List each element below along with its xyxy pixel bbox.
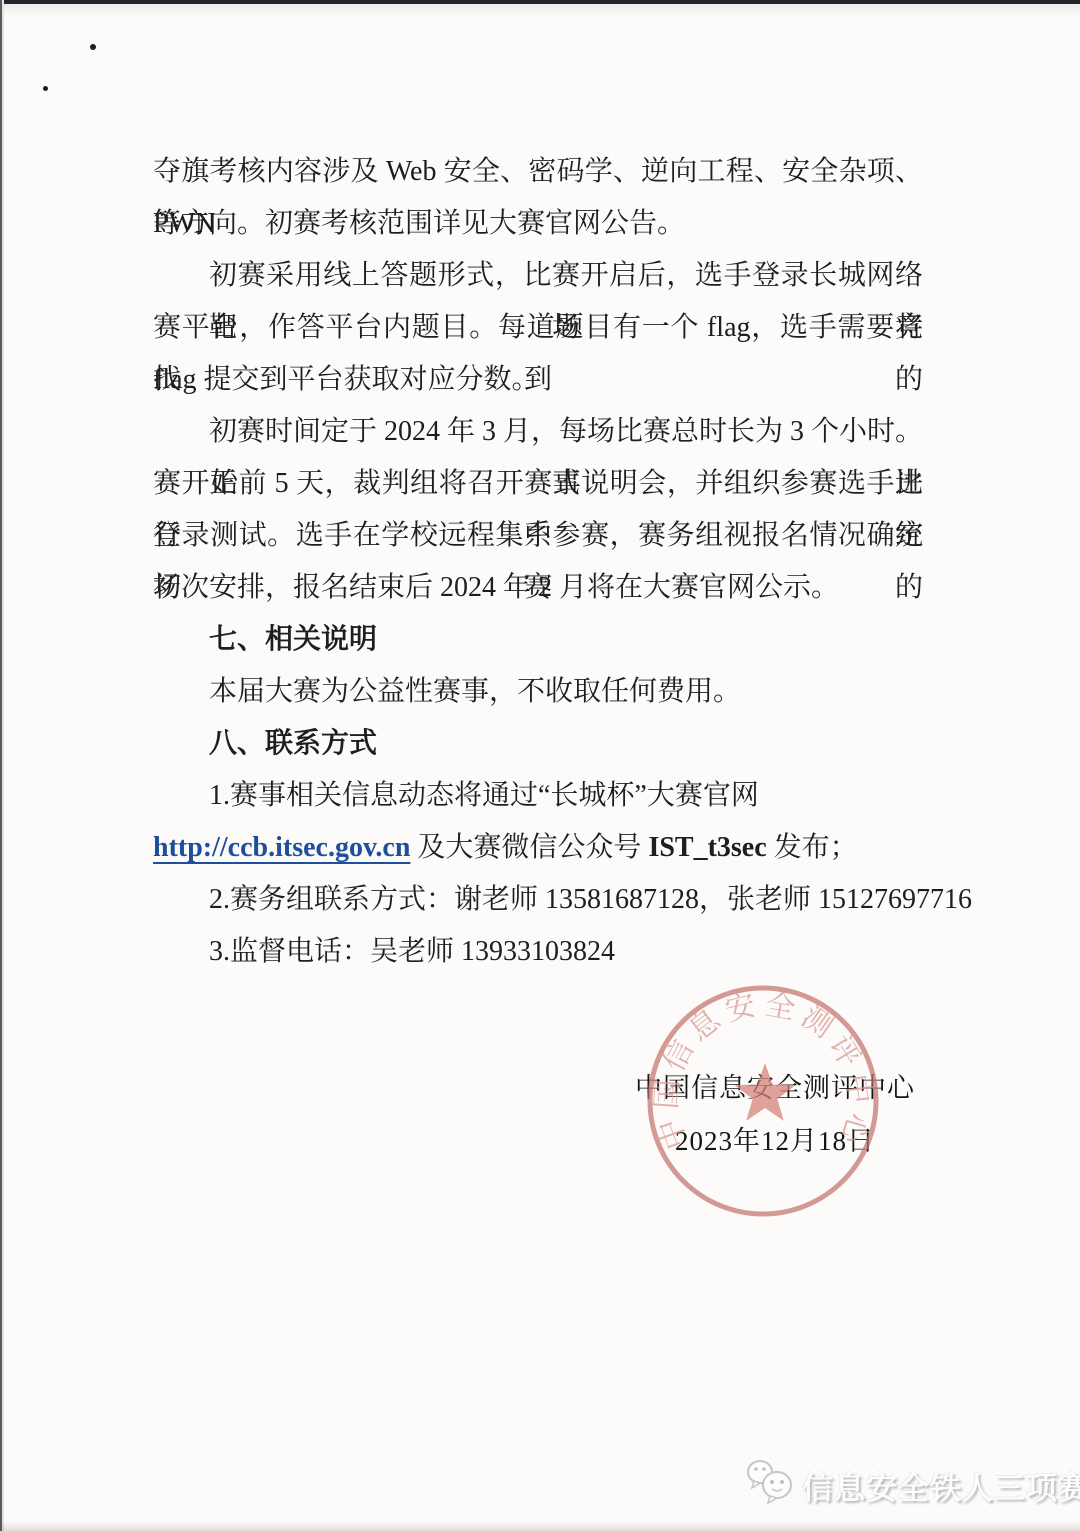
text-segment: 1.赛事相关信息动态将通过“长城杯”大赛官网: [209, 780, 759, 811]
watermark: 信息安全铁人三项赛: [746, 1455, 1066, 1511]
doc-line: 初赛时间定于 2024 年 3 月，每场比赛总时长为 3 个小时。正式比: [153, 406, 923, 458]
scan-shadow: [0, 4, 1080, 16]
doc-line: 2.赛务组联系方式：谢老师 13581687128，张老师 1512769771…: [153, 874, 923, 926]
ink-speck: [43, 86, 48, 91]
text-segment: 七、相关说明: [209, 624, 377, 655]
doc-body: 夺旗考核内容涉及 Web 安全、密码学、逆向工程、安全杂项、PWN等方向。初赛考…: [153, 146, 923, 978]
doc-line: http://ccb.itsec.gov.cn 及大赛微信公众号 IST_t3s…: [153, 822, 923, 874]
scanned-document-page: 夺旗考核内容涉及 Web 安全、密码学、逆向工程、安全杂项、PWN等方向。初赛考…: [0, 0, 1080, 1531]
doc-line: 等方向。初赛考核范围详见大赛官网公告。: [153, 198, 923, 250]
text-segment: IST_t3sec: [648, 832, 766, 863]
text-segment: 等方向。初赛考核范围详见大赛官网公告。: [153, 208, 685, 239]
watermark-text: 信息安全铁人三项赛: [802, 1463, 1080, 1508]
doc-heading: 八、联系方式: [153, 718, 923, 770]
doc-line: 夺旗考核内容涉及 Web 安全、密码学、逆向工程、安全杂项、PWN: [153, 146, 923, 198]
doc-line: 1.赛事相关信息动态将通过“长城杯”大赛官网: [153, 770, 923, 822]
text-segment: 2.赛务组联系方式：谢老师 13581687128，张老师 1512769771…: [209, 884, 972, 915]
doc-line: 赛开始前 5 天，裁判组将召开赛事说明会，并组织参赛选手进行系统: [153, 458, 923, 510]
text-segment: 及大赛微信公众号: [410, 832, 648, 863]
ink-speck: [90, 44, 96, 50]
text-segment: 场次安排，报名结束后 2024 年 2 月将在大赛官网公示。: [153, 572, 839, 603]
doc-line: 赛平台，作答平台内题目。每道题目有一个 flag，选手需要将找到的: [153, 302, 923, 354]
doc-line: 3.监督电话：吴老师 13933103824: [153, 926, 923, 978]
wechat-icon: [746, 1457, 796, 1507]
doc-line: 场次安排，报名结束后 2024 年 2 月将在大赛官网公示。: [153, 562, 923, 614]
text-segment: 八、联系方式: [209, 728, 377, 759]
text-segment: 发布；: [767, 832, 858, 863]
page-left-edge-line: [0, 0, 5, 1531]
doc-line: 本届大赛为公益性赛事，不收取任何费用。: [153, 666, 923, 718]
page-bottom-edge-shadow: [0, 1521, 1080, 1531]
doc-line: 初赛采用线上答题形式，比赛开启后，选手登录长城网络靶场竞: [153, 250, 923, 302]
seal-star: [735, 1063, 796, 1121]
text-segment: 3.监督电话：吴老师 13933103824: [209, 936, 615, 967]
text-segment: 本届大赛为公益性赛事，不收取任何费用。: [209, 676, 741, 707]
doc-line: 登录测试。选手在学校远程集中参赛，赛务组视报名情况确定初赛的: [153, 510, 923, 562]
competition-url-link[interactable]: http://ccb.itsec.gov.cn: [153, 832, 410, 863]
official-seal: 中国信息安全测评中心: [645, 983, 881, 1219]
text-segment: flag 提交到平台获取对应分数。: [153, 364, 540, 395]
doc-heading: 七、相关说明: [153, 614, 923, 666]
